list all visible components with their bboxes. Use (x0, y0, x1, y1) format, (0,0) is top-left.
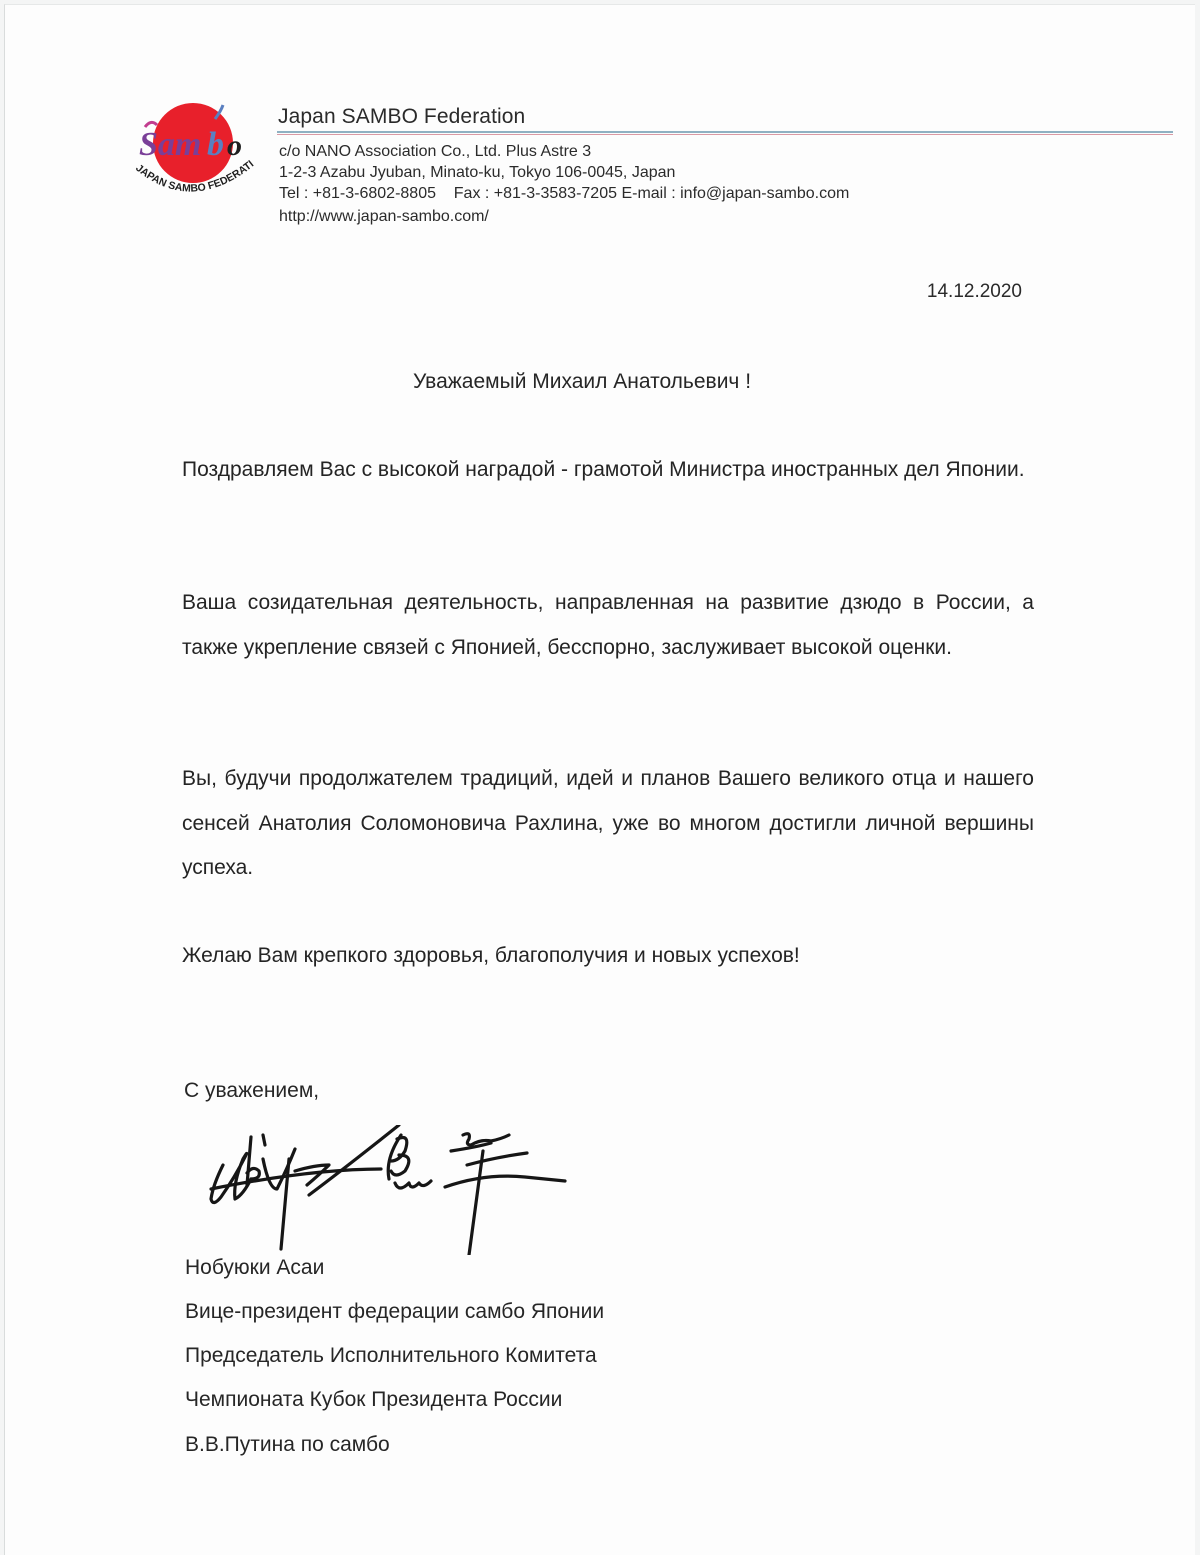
contact-line: Tel : +81-3-6802-8805 Fax : +81-3-3583-7… (279, 183, 849, 204)
signatory-title-2: Председатель Исполнительного Комитета (185, 1344, 597, 1368)
organization-name: Japan SAMBO Federation (278, 105, 525, 129)
svg-text:Sam: Sam (139, 126, 201, 163)
sambo-logo-icon: Sam b o JAPAN SAMBO FEDERATION (131, 99, 261, 205)
handwritten-signature-icon (201, 1125, 581, 1255)
body-paragraph-3: Вы, будучи продолжателем традиций, идей … (182, 757, 1034, 891)
svg-text:o: o (227, 129, 242, 162)
body-paragraph-4: Желаю Вам крепкого здоровья, благополучи… (182, 934, 1034, 979)
closing: С уважением, (184, 1079, 319, 1103)
signatory-name: Нобуюки Асаи (185, 1256, 324, 1280)
letter-date: 14.12.2020 (927, 281, 1022, 303)
address-line-1: c/o NANO Association Co., Ltd. Plus Astr… (279, 141, 591, 162)
website-link[interactable]: http://www.japan-sambo.com/ (279, 206, 489, 227)
signatory-title-4: В.В.Путина по самбо (185, 1433, 390, 1457)
body-paragraph-2: Ваша созидательная деятельность, направл… (182, 581, 1034, 670)
body-paragraph-1: Поздравляем Вас с высокой наградой - гра… (182, 448, 1034, 493)
signatory-title-1: Вице-президент федерации самбо Японии (185, 1300, 604, 1324)
letterhead-rule-lower (277, 134, 1173, 135)
letter-page: Sam b o JAPAN SAMBO FEDERATION Japan SAM… (4, 4, 1195, 1555)
signatory-title-3: Чемпионата Кубок Президента России (185, 1388, 562, 1412)
greeting: Уважаемый Михаил Анатольевич ! (413, 370, 751, 394)
address-line-2: 1-2-3 Azabu Jyuban, Minato-ku, Tokyo 106… (279, 162, 675, 183)
letterhead-rule-upper (277, 131, 1173, 133)
svg-text:b: b (207, 126, 224, 163)
